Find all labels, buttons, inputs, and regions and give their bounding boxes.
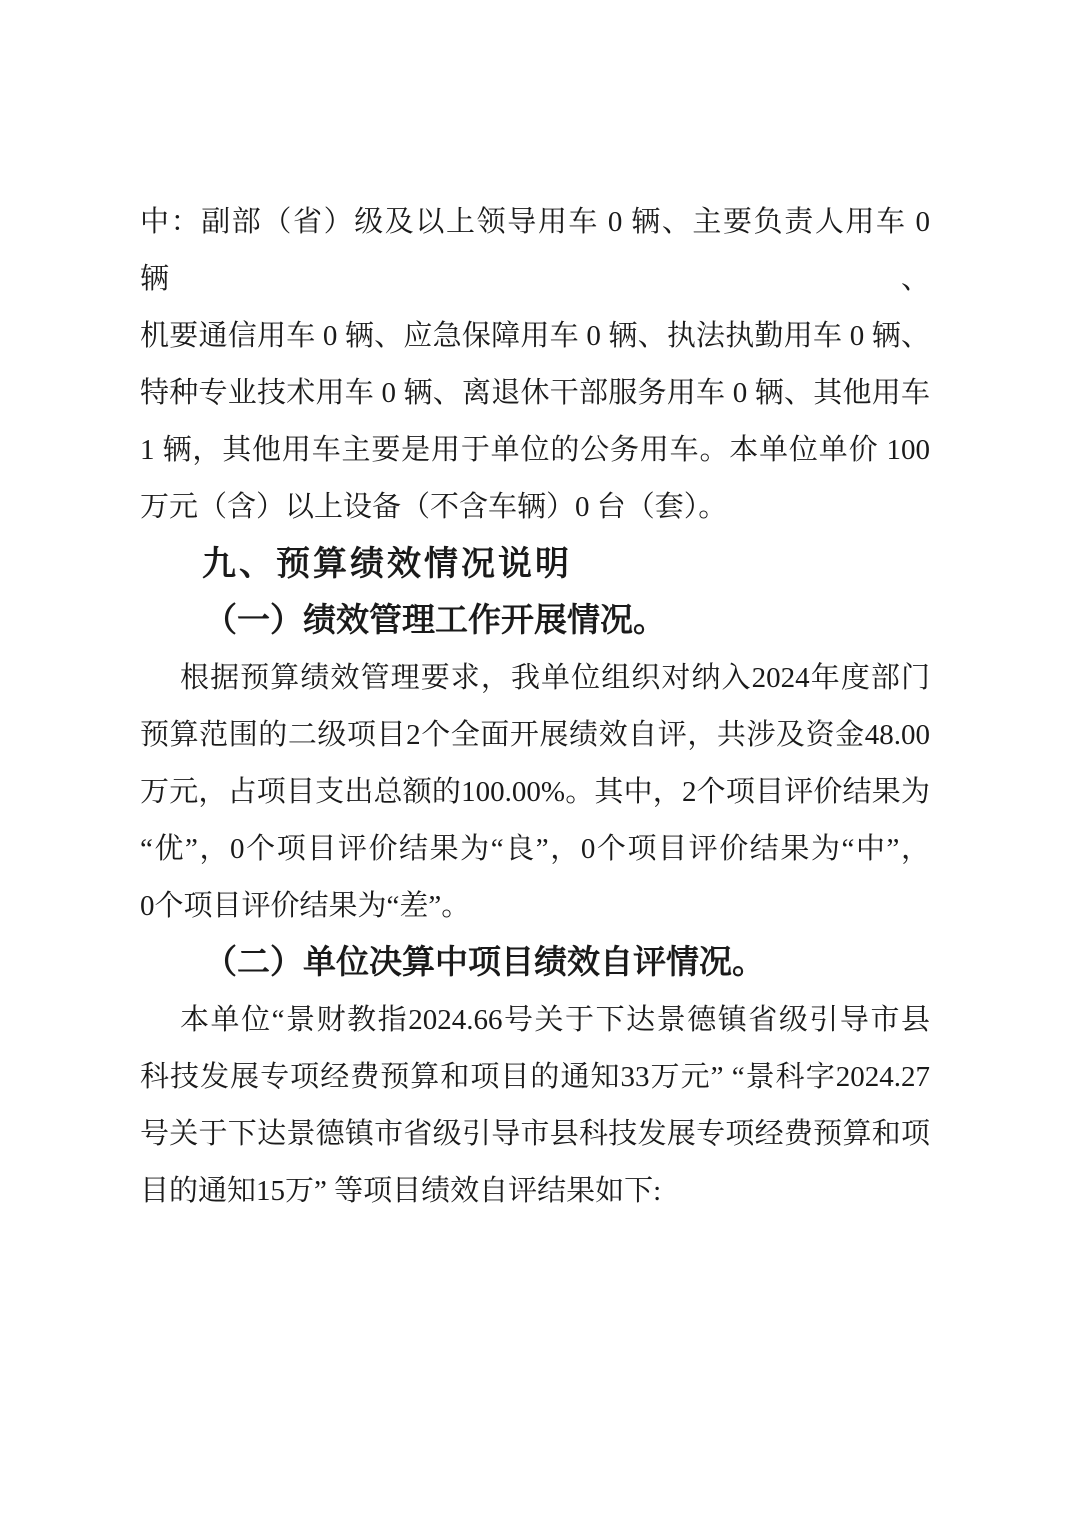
body-line: 本单位“景财教指2024.66号关于下达景德镇省级引导市县 [140,992,930,1049]
body-line: 特种专业技术用车 0 辆、离退休干部服务用车 0 辆、其他用车 [140,365,930,422]
body-line: 中：副部（省）级及以上领导用车 0 辆、主要负责人用车 0 辆、 [140,194,930,308]
body-line: 预算范围的二级项目2个全面开展绩效自评，共涉及资金48.00 [140,707,930,764]
subsection-heading-1: （一）绩效管理工作开展情况。 [140,593,930,650]
subsection-heading-2: （二）单位决算中项目绩效自评情况。 [140,935,930,992]
body-line: 机要通信用车 0 辆、应急保障用车 0 辆、执法执勤用车 0 辆、 [140,308,930,365]
body-line: 根据预算绩效管理要求，我单位组织对纳入2024年度部门 [140,650,930,707]
body-line: 号关于下达景德镇市省级引导市县科技发展专项经费预算和项 [140,1106,930,1163]
document-page: 中：副部（省）级及以上领导用车 0 辆、主要负责人用车 0 辆、 机要通信用车 … [0,0,1074,1520]
body-line: 科技发展专项经费预算和项目的通知33万元” “景科字2024.27 [140,1049,930,1106]
document-text-block: 中：副部（省）级及以上领导用车 0 辆、主要负责人用车 0 辆、 机要通信用车 … [140,194,930,1220]
section-heading: 九、预算绩效情况说明 [140,536,930,593]
body-line: 1 辆，其他用车主要是用于单位的公务用车。本单位单价 100 [140,422,930,479]
body-line: 目的通知15万” 等项目绩效自评结果如下: [140,1163,930,1220]
body-line: 万元，占项目支出总额的100.00%。其中，2个项目评价结果为 [140,764,930,821]
body-line: 0个项目评价结果为“差”。 [140,878,930,935]
body-line: “优”，0个项目评价结果为“良”，0个项目评价结果为“中”， [140,821,930,878]
body-line: 万元（含）以上设备（不含车辆）0 台（套）。 [140,479,930,536]
